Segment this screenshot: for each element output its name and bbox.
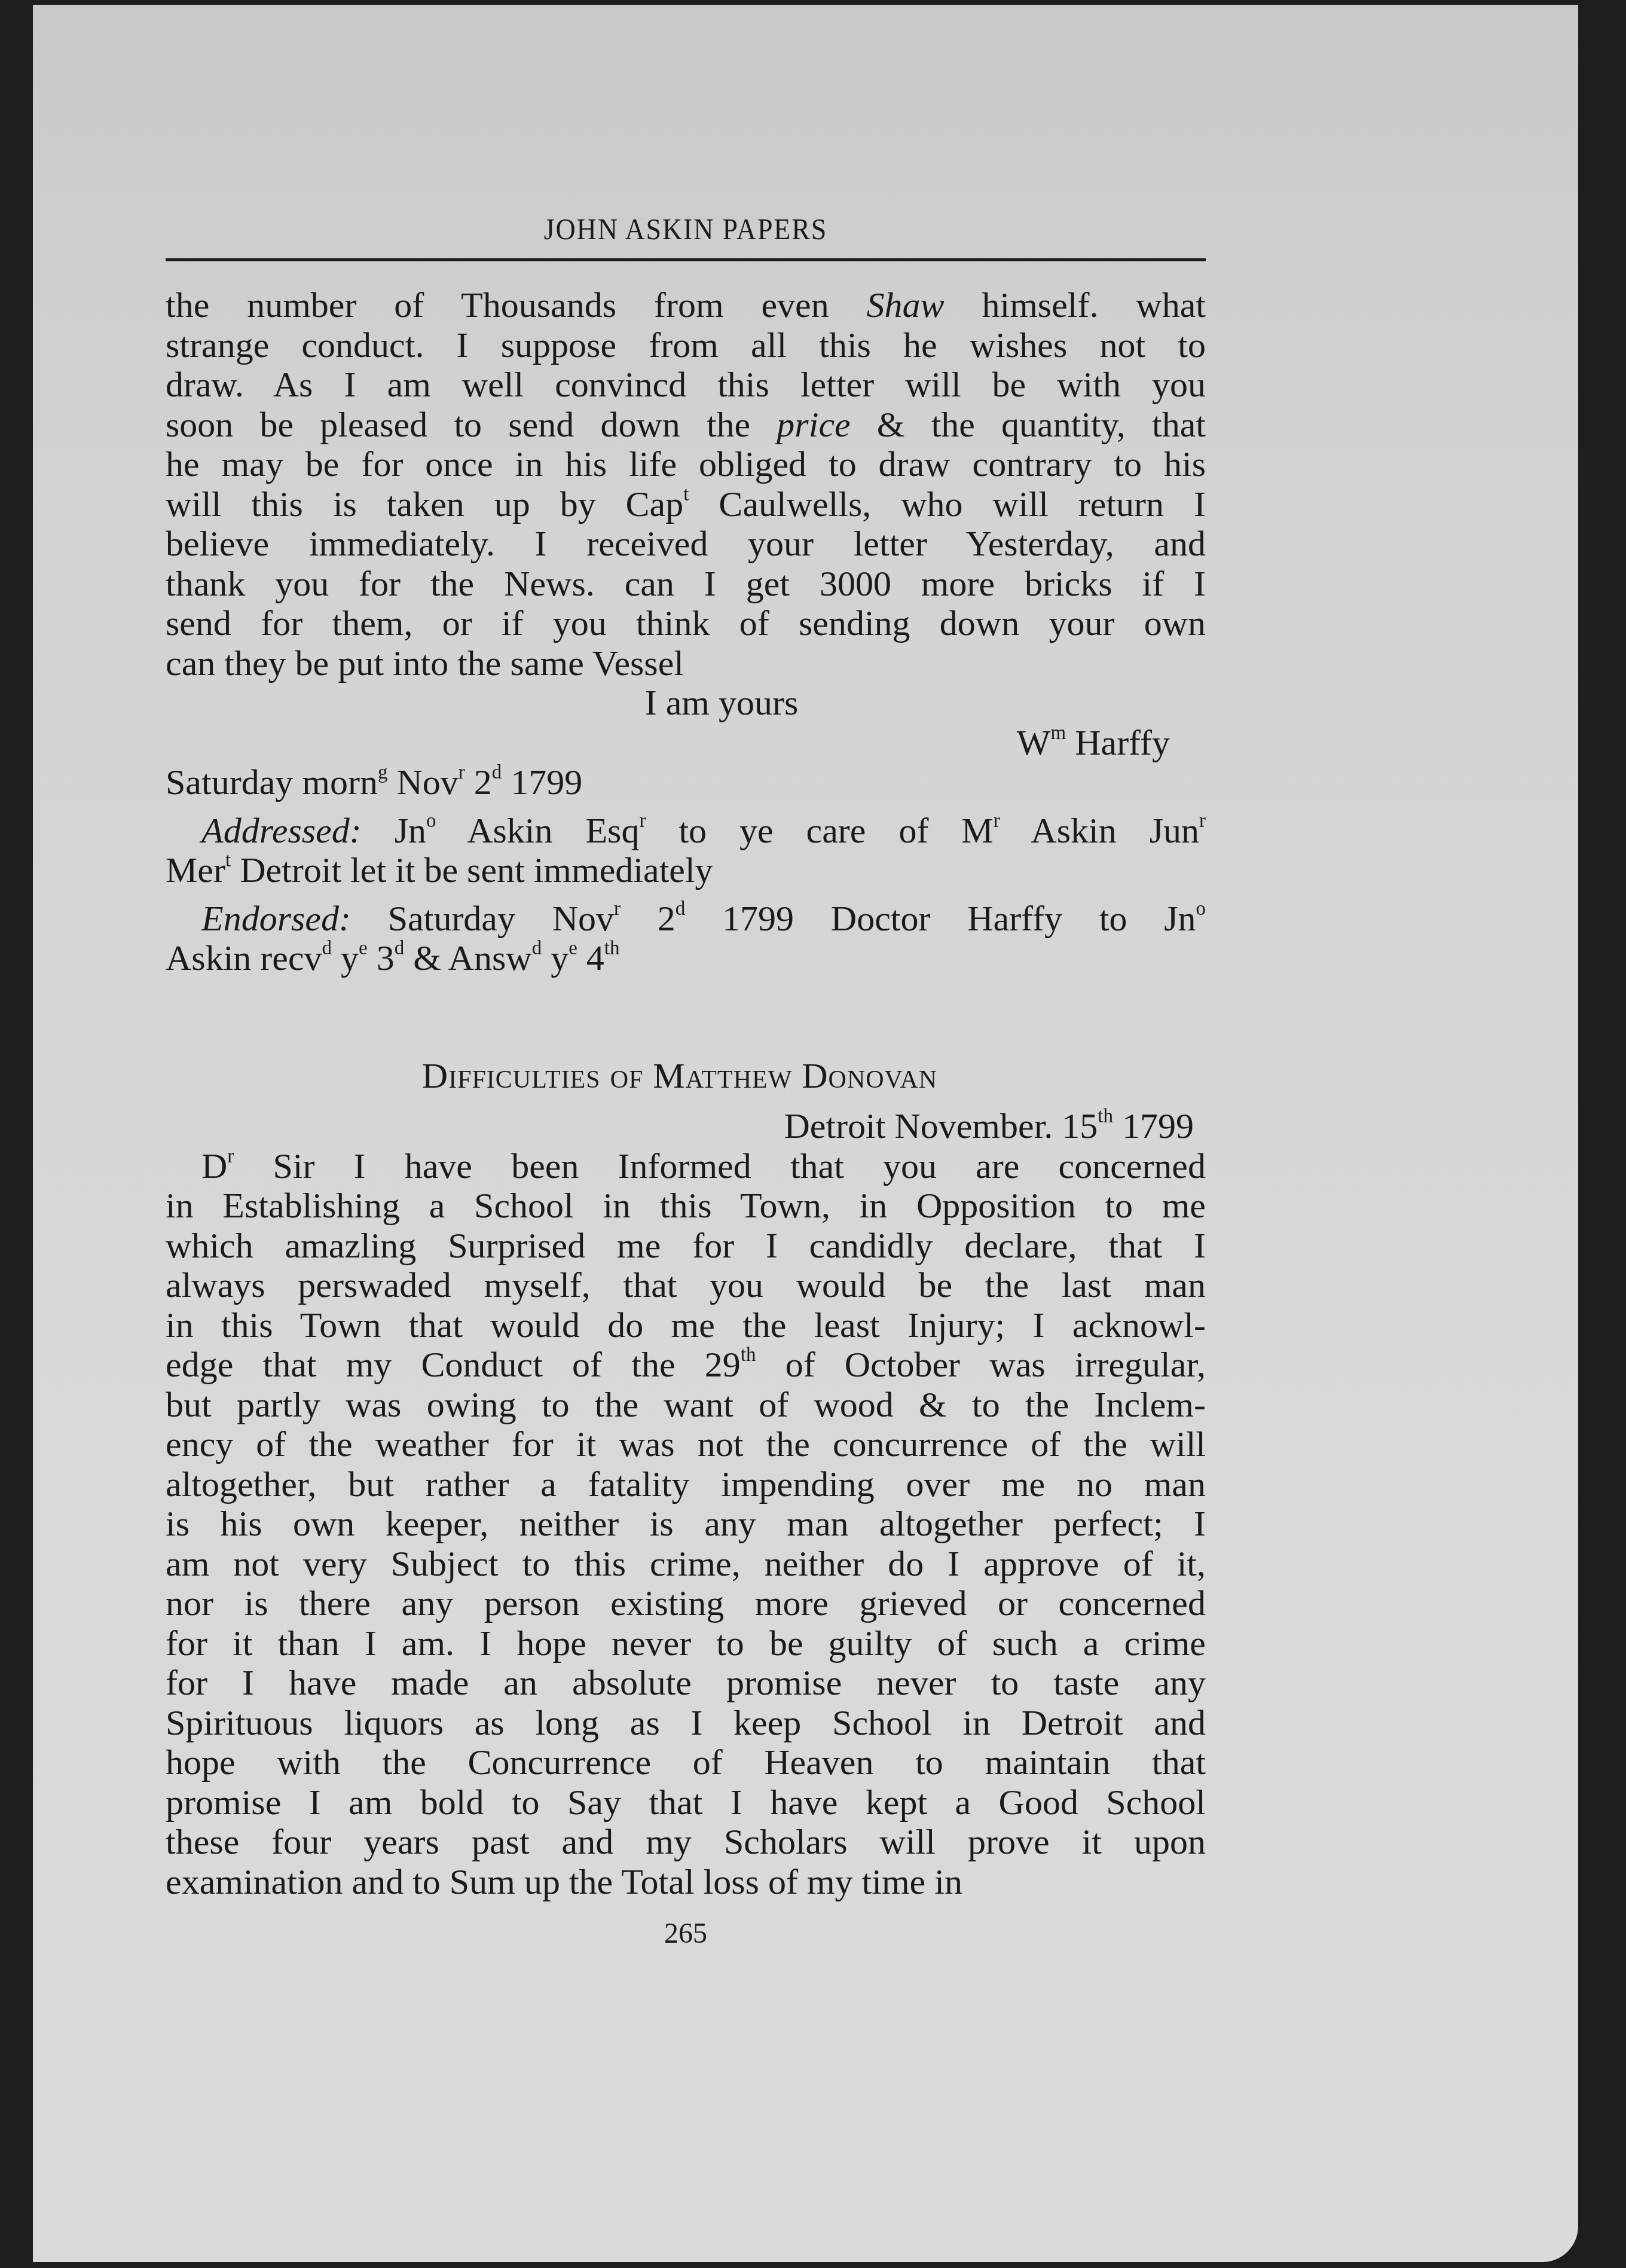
text-line: believe immediately. I received your let… [166,524,1206,564]
superscript: d [676,898,686,919]
superscript: r [1199,810,1206,831]
text-line: draw. As I am well convincd this letter … [166,365,1206,405]
letter-donovan: Difficulties of Matthew Donovan Detroit … [166,1056,1206,1902]
letter-donovan-dateline: Detroit November. 15th 1799 [166,1106,1206,1146]
text-line: in Establishing a School in this Town, i… [166,1186,1206,1226]
superscript: r [227,1145,234,1167]
addressed-label: Addressed: [201,811,362,850]
endorsed-label: Endorsed: [201,899,351,938]
running-head: JOHN ASKIN PAPERS [207,208,1165,250]
text-line: altogether, but rather a fatality impend… [166,1464,1206,1504]
superscript: r [614,898,621,919]
endorsed-line-1: Endorsed: Saturday Novr 2d 1799 Doctor H… [166,899,1206,939]
text-line: examination and to Sum up the Total loss… [166,1862,1206,1902]
text-line: for I have made an absolute promise neve… [166,1663,1206,1703]
superscript: d [492,762,502,783]
superscript: g [378,762,388,783]
italic-text: Shaw [867,285,945,325]
italic-text: price [777,405,850,444]
superscript: th [741,1344,756,1366]
text-line: Spirituous liquors as long as I keep Sch… [166,1703,1206,1743]
addressed-note: Addressed: Jno Askin Esqr to ye care of … [166,811,1206,890]
page-body: the number of Thousands from even Shaw h… [166,285,1206,1901]
letter-signature: Wm Harffy [166,723,1206,763]
text-line: strange conduct. I suppose from all this… [166,325,1206,365]
text-line: promise I am bold to Say that I have kep… [166,1782,1206,1823]
superscript: r [639,810,646,831]
letter-donovan-body: Dr Sir I have been Informed that you are… [166,1146,1206,1902]
text-line: hope with the Concurrence of Heaven to m… [166,1742,1206,1782]
letter-harffy-body: the number of Thousands from even Shaw h… [166,285,1206,683]
text-line: thank you for the News. can I get 3000 m… [166,564,1206,604]
superscript: e [359,938,368,959]
letter-closing: I am yours [166,683,1206,723]
superscript: d [395,938,405,959]
text-line: edge that my Conduct of the 29th of Octo… [166,1345,1206,1385]
letter-harffy: the number of Thousands from even Shaw h… [166,285,1206,978]
text-line: send for them, or if you think of sendin… [166,603,1206,643]
text-line: in this Town that would do me the least … [166,1305,1206,1345]
superscript: d [532,938,542,959]
superscript: t [683,483,689,505]
text-line: for it than I am. I hope never to be gui… [166,1623,1206,1663]
superscript: o [1196,898,1206,919]
text-line: the number of Thousands from even Shaw h… [166,285,1206,325]
addressed-line-2: Mert Detroit let it be sent immediately [166,850,1206,890]
text-line: he may be for once in his life obliged t… [166,444,1206,484]
text-line: always perswaded myself, that you would … [166,1265,1206,1305]
header-rule [166,258,1206,261]
superscript: th [604,938,620,959]
superscript: o [426,810,436,831]
text-line: can they be put into the same Vessel [166,643,1206,683]
endorsed-line-2: Askin recvd ye 3d & Answd ye 4th [166,938,1206,978]
letter-dateline: Saturday morng Novr 2d 1799 [166,762,1206,802]
text-line: nor is there any person existing more gr… [166,1583,1206,1623]
section-title: Difficulties of Matthew Donovan [166,1056,1206,1096]
superscript: th [1098,1106,1113,1127]
superscript: t [225,850,231,871]
endorsed-note: Endorsed: Saturday Novr 2d 1799 Doctor H… [166,899,1206,978]
addressed-line-1: Addressed: Jno Askin Esqr to ye care of … [166,811,1206,851]
text-line: soon be pleased to send down the price &… [166,405,1206,445]
text-line: am not very Subject to this crime, neith… [166,1544,1206,1584]
text-line: ency of the weather for it was not the c… [166,1424,1206,1464]
superscript: e [569,938,577,959]
text-line: Dr Sir I have been Informed that you are… [166,1146,1206,1186]
book-page: JOHN ASKIN PAPERS the number of Thousand… [33,5,1578,2262]
superscript: d [322,938,332,959]
superscript: r [994,810,1000,831]
superscript: m [1051,722,1066,743]
text-line: is his own keeper, neither is any man al… [166,1504,1206,1544]
text-line: but partly was owing to the want of wood… [166,1385,1206,1425]
text-line: will this is taken up by Capt Caulwells,… [166,484,1206,524]
text-line: these four years past and my Scholars wi… [166,1822,1206,1862]
text-line: which amazling Surprised me for I candid… [166,1226,1206,1266]
text-column: JOHN ASKIN PAPERS the number of Thousand… [166,208,1206,1950]
superscript: r [459,762,465,783]
page-number: 265 [166,1917,1206,1950]
